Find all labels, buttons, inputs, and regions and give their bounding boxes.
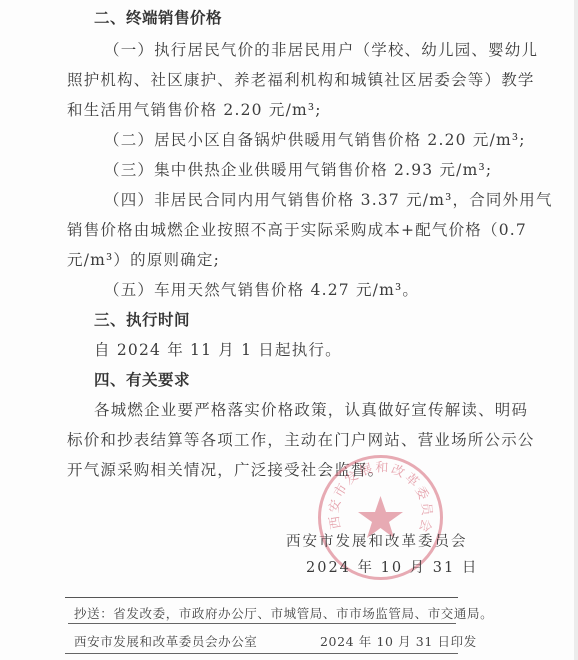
section-heading-execution-time: 三、执行时间 — [94, 310, 190, 330]
requirements-line-1: 各城燃企业要严格落实价格政策，认真做好宣传解读、明码 — [94, 400, 528, 420]
requirements-line-2: 标价和抄表结算等各项工作，主动在门户网站、营业场所公示公 — [67, 430, 535, 450]
item-1-line-2: 照护机构、社区康护、养老福利机构和城镇社区居委会等）教学 — [67, 70, 535, 90]
footer-rule-bottom — [65, 653, 458, 654]
item-5-line-1: （五）车用天然气销售价格 4.27 元/m³。 — [104, 280, 419, 300]
footer-rule-middle — [68, 623, 456, 624]
cc-list: 抄送：省发改委，市政府办公厅、市城管局、市市场监管局、市交通局。 — [74, 604, 493, 622]
page-edge-shadow — [574, 0, 578, 660]
item-1-line-1: （一）执行居民气价的非居民用户（学校、幼儿园、婴幼儿 — [104, 40, 538, 60]
item-4-line-3: 元/m³）的原则确定; — [67, 250, 220, 270]
item-1-line-3: 和生活用气销售价格 2.20 元/m³; — [67, 100, 322, 120]
footer-rule-top — [65, 597, 458, 598]
section-heading-terminal-prices: 二、终端销售价格 — [94, 8, 222, 28]
execution-time-body: 自 2024 年 11 月 1 日起执行。 — [94, 340, 342, 360]
issuer-name: 西安市发展和改革委员会 — [286, 530, 468, 551]
item-2-line-1: （二）居民小区自备锅炉供暖用气销售价格 2.20 元/m³; — [104, 130, 526, 150]
issuing-office: 西安市发展和改革委员会办公室 — [74, 632, 257, 650]
issue-date: 2024 年 10 月 31 日 — [306, 556, 478, 577]
section-heading-requirements: 四、有关要求 — [94, 370, 190, 390]
item-4-line-2: 销售价格由城燃企业按照不高于实际采购成本+配气价格（0.7 — [67, 220, 527, 240]
item-4-line-1: （四）非居民合同内用气销售价格 3.37 元/m³，合同外用气 — [104, 190, 553, 210]
item-3-line-1: （三）集中供热企业供暖用气销售价格 2.93 元/m³; — [104, 160, 492, 180]
print-date: 2024 年 10 月 31 日印发 — [320, 632, 477, 650]
document-page: 二、终端销售价格 （一）执行居民气价的非居民用户（学校、幼儿园、婴幼儿 照护机构… — [0, 0, 578, 660]
